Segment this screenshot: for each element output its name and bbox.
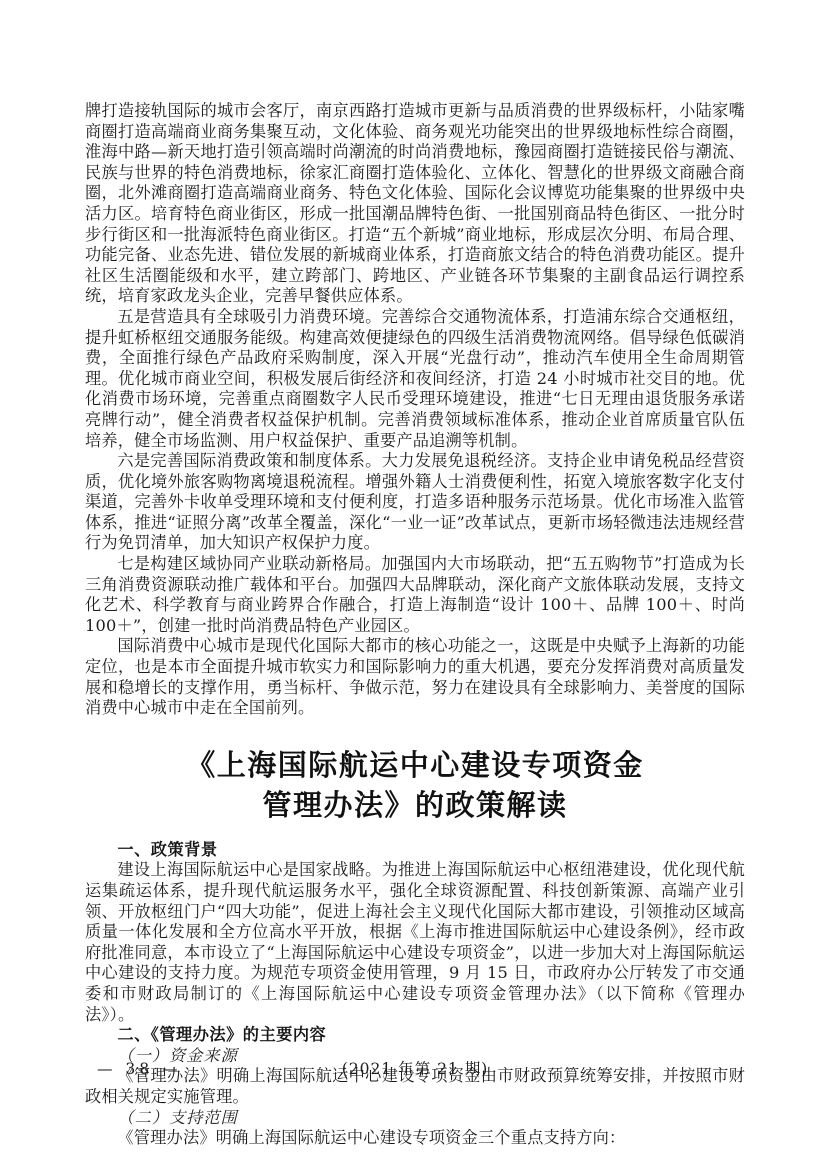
body-paragraph-continuation: 牌打造接轨国际的城市会客厅，南京西路打造城市更新与品质消费的世界级标杆，小陆家嘴… <box>85 101 745 307</box>
article-title: 《上海国际航运中心建设专项资金 管理办法》的政策解读 <box>85 745 745 825</box>
section-heading-main-contents: 二、《管理办法》的主要内容 <box>85 1025 745 1046</box>
body-paragraph-five: 五是营造具有全球吸引力消费环境。完善综合交通物流体系，打造浦东综合交通枢纽，提升… <box>85 307 745 451</box>
policy-background-paragraph: 建设上海国际航运中心是国家战略。为推进上海国际航运中心枢纽港建设，优化现代航运集… <box>85 860 745 1025</box>
subsection-heading-support-scope: （二）支持范围 <box>85 1108 745 1129</box>
body-paragraph-seven: 七是构建区域协同产业联动新格局。加强国内大市场联动，把“五五购物节”打造成为长三… <box>85 554 745 636</box>
support-scope-paragraph: 《管理办法》明确上海国际航运中心建设专项资金三个重点支持方向： <box>85 1128 745 1149</box>
body-paragraph-closing: 国际消费中心城市是现代化国际大都市的核心功能之一，这既是中央赋予上海新的功能定位… <box>85 636 745 718</box>
section-heading-policy-background: 一、政策背景 <box>85 840 745 861</box>
issue-number: (2021 年第 21 期) <box>85 1058 745 1080</box>
body-paragraph-six: 六是完善国际消费政策和制度体系。大力发展免退税经济。支持企业申请免税品经营资质，… <box>85 451 745 554</box>
page-body: 牌打造接轨国际的城市会客厅，南京西路打造城市更新与品质消费的世界级标杆，小陆家嘴… <box>85 101 745 1149</box>
page-footer: — 38 — (2021 年第 21 期) <box>85 1058 745 1080</box>
document-page: 牌打造接轨国际的城市会客厅，南京西路打造城市更新与品质消费的世界级标杆，小陆家嘴… <box>0 0 827 1170</box>
article-title-line-2: 管理办法》的政策解读 <box>262 788 567 822</box>
article-title-line-1: 《上海国际航运中心建设专项资金 <box>186 748 644 782</box>
